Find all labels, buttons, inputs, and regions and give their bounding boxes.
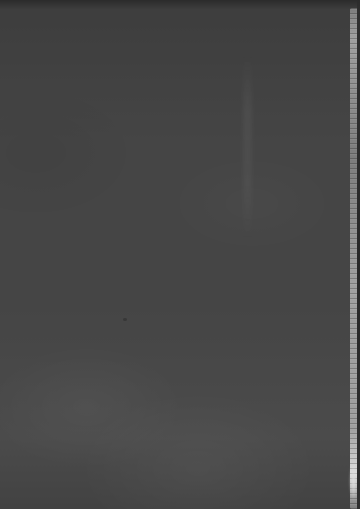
page-edges-strip <box>350 8 357 509</box>
cover-crease-streak <box>243 55 252 240</box>
dust-speck <box>123 318 127 321</box>
cover-sheen <box>0 0 360 509</box>
top-edge-shadow <box>0 0 360 9</box>
book-photo <box>0 0 360 509</box>
